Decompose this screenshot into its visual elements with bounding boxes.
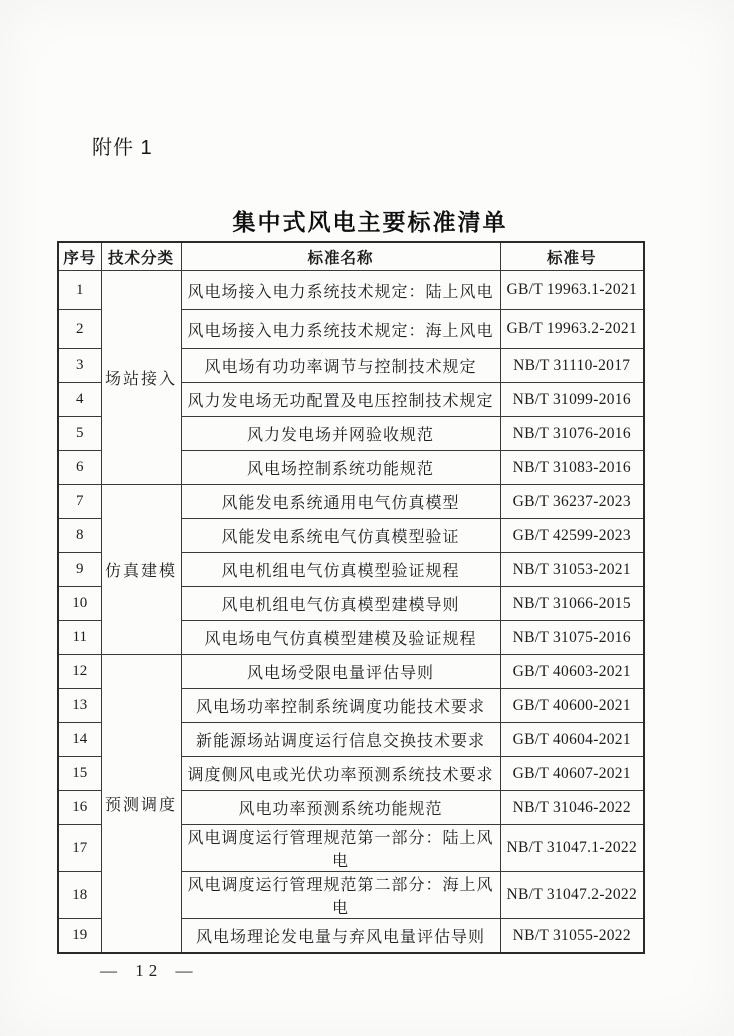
row-number-cell: 2: [58, 310, 101, 349]
standard-code-cell: NB/T 31047.2-2022: [500, 872, 644, 919]
standard-name-cell: 风电场功率控制系统调度功能技术要求: [181, 689, 500, 723]
document-page: 附件 1 集中式风电主要标准清单 序号 技术分类 标准名称 标准号 1场站接入风…: [0, 0, 734, 1036]
standard-code-cell: NB/T 31099-2016: [500, 383, 644, 417]
standard-name-cell: 风电功率预测系统功能规范: [181, 791, 500, 825]
header-technical-category: 技术分类: [101, 242, 181, 271]
table-row: 1场站接入风电场接入电力系统技术规定：陆上风电GB/T 19963.1-2021: [58, 271, 644, 310]
row-number-cell: 4: [58, 383, 101, 417]
row-number-cell: 15: [58, 757, 101, 791]
standard-name-cell: 风能发电系统电气仿真模型验证: [181, 519, 500, 553]
table-row: 12预测调度风电场受限电量评估导则GB/T 40603-2021: [58, 655, 644, 689]
standard-name-cell: 风力发电场无功配置及电压控制技术规定: [181, 383, 500, 417]
document-title: 集中式风电主要标准清单: [10, 204, 730, 237]
attachment-label: 附件 1: [92, 131, 153, 160]
standard-name-cell: 风电场控制系统功能规范: [181, 451, 500, 485]
standard-name-cell: 风力发电场并网验收规范: [181, 417, 500, 451]
standard-code-cell: GB/T 40600-2021: [500, 689, 644, 723]
standard-code-cell: GB/T 40607-2021: [500, 757, 644, 791]
row-number-cell: 6: [58, 451, 101, 485]
row-number-cell: 11: [58, 621, 101, 655]
standard-code-cell: NB/T 31066-2015: [500, 587, 644, 621]
standard-code-cell: NB/T 31075-2016: [500, 621, 644, 655]
standard-code-cell: NB/T 31053-2021: [500, 553, 644, 587]
row-number-cell: 3: [58, 349, 101, 383]
standard-code-cell: NB/T 31055-2022: [500, 919, 644, 954]
standard-code-cell: GB/T 19963.2-2021: [500, 310, 644, 349]
header-serial-number: 序号: [58, 242, 101, 271]
header-row: 序号 技术分类 标准名称 标准号: [58, 242, 644, 271]
standard-code-cell: NB/T 31076-2016: [500, 417, 644, 451]
table-row: 7仿真建模风能发电系统通用电气仿真模型GB/T 36237-2023: [58, 485, 644, 519]
row-number-cell: 5: [58, 417, 101, 451]
standard-name-cell: 风电场接入电力系统技术规定：陆上风电: [181, 271, 500, 310]
category-cell: 场站接入: [101, 271, 181, 485]
header-standard-name: 标准名称: [181, 242, 500, 271]
row-number-cell: 1: [58, 271, 101, 310]
standards-table-body: 1场站接入风电场接入电力系统技术规定：陆上风电GB/T 19963.1-2021…: [58, 271, 644, 954]
row-number-cell: 17: [58, 825, 101, 872]
standard-code-cell: NB/T 31083-2016: [500, 451, 644, 485]
row-number-cell: 10: [58, 587, 101, 621]
standard-name-cell: 风电调度运行管理规范第一部分：陆上风电: [181, 825, 500, 872]
standard-code-cell: GB/T 19963.1-2021: [500, 271, 644, 310]
standard-name-cell: 风电机组电气仿真模型验证规程: [181, 553, 500, 587]
row-number-cell: 14: [58, 723, 101, 757]
standard-name-cell: 风电调度运行管理规范第二部分：海上风电: [181, 872, 500, 919]
standard-name-cell: 风电场电气仿真模型建模及验证规程: [181, 621, 500, 655]
standard-name-cell: 风电场有功功率调节与控制技术规定: [181, 349, 500, 383]
standards-table: 序号 技术分类 标准名称 标准号 1场站接入风电场接入电力系统技术规定：陆上风电…: [57, 241, 645, 954]
page-number: — 12 —: [100, 961, 198, 981]
standard-code-cell: NB/T 31110-2017: [500, 349, 644, 383]
standard-code-cell: GB/T 40603-2021: [500, 655, 644, 689]
category-cell: 仿真建模: [101, 485, 181, 655]
standard-code-cell: GB/T 36237-2023: [500, 485, 644, 519]
standard-name-cell: 风电场受限电量评估导则: [181, 655, 500, 689]
category-cell: 预测调度: [101, 655, 181, 954]
standard-code-cell: NB/T 31046-2022: [500, 791, 644, 825]
standard-name-cell: 风电机组电气仿真模型建模导则: [181, 587, 500, 621]
row-number-cell: 7: [58, 485, 101, 519]
table-header: 序号 技术分类 标准名称 标准号: [58, 242, 644, 271]
standard-name-cell: 风能发电系统通用电气仿真模型: [181, 485, 500, 519]
standard-code-cell: GB/T 40604-2021: [500, 723, 644, 757]
row-number-cell: 18: [58, 872, 101, 919]
row-number-cell: 8: [58, 519, 101, 553]
standard-name-cell: 新能源场站调度运行信息交换技术要求: [181, 723, 500, 757]
header-standard-code: 标准号: [500, 242, 644, 271]
row-number-cell: 13: [58, 689, 101, 723]
row-number-cell: 19: [58, 919, 101, 954]
row-number-cell: 12: [58, 655, 101, 689]
standard-code-cell: NB/T 31047.1-2022: [500, 825, 644, 872]
row-number-cell: 16: [58, 791, 101, 825]
standard-name-cell: 调度侧风电或光伏功率预测系统技术要求: [181, 757, 500, 791]
row-number-cell: 9: [58, 553, 101, 587]
standard-name-cell: 风电场接入电力系统技术规定：海上风电: [181, 310, 500, 349]
standard-name-cell: 风电场理论发电量与弃风电量评估导则: [181, 919, 500, 954]
standard-code-cell: GB/T 42599-2023: [500, 519, 644, 553]
